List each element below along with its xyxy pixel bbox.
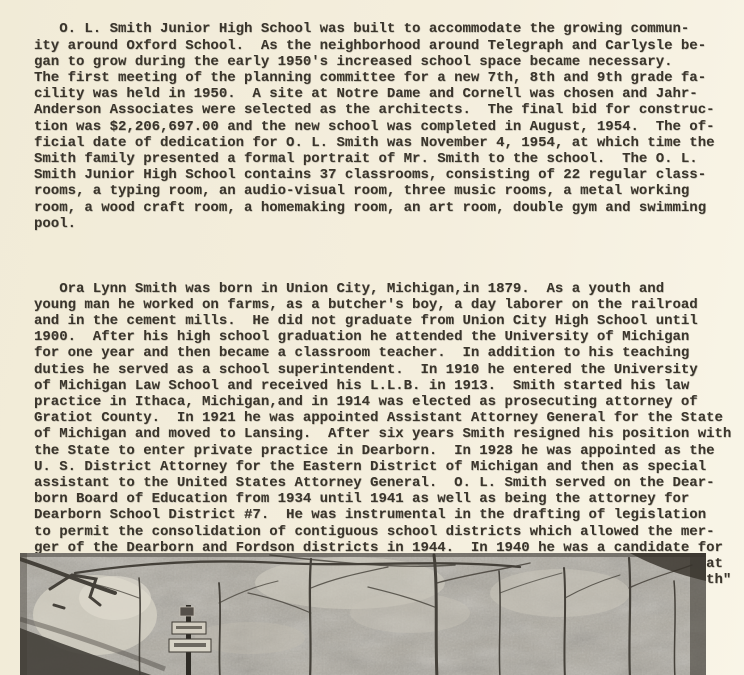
body-text: O. L. Smith Junior High School was built… (34, 0, 740, 637)
winter-trees-photo (20, 553, 706, 675)
document-page: O. L. Smith Junior High School was built… (0, 0, 744, 675)
paragraph-school-history: O. L. Smith Junior High School was built… (34, 21, 740, 232)
